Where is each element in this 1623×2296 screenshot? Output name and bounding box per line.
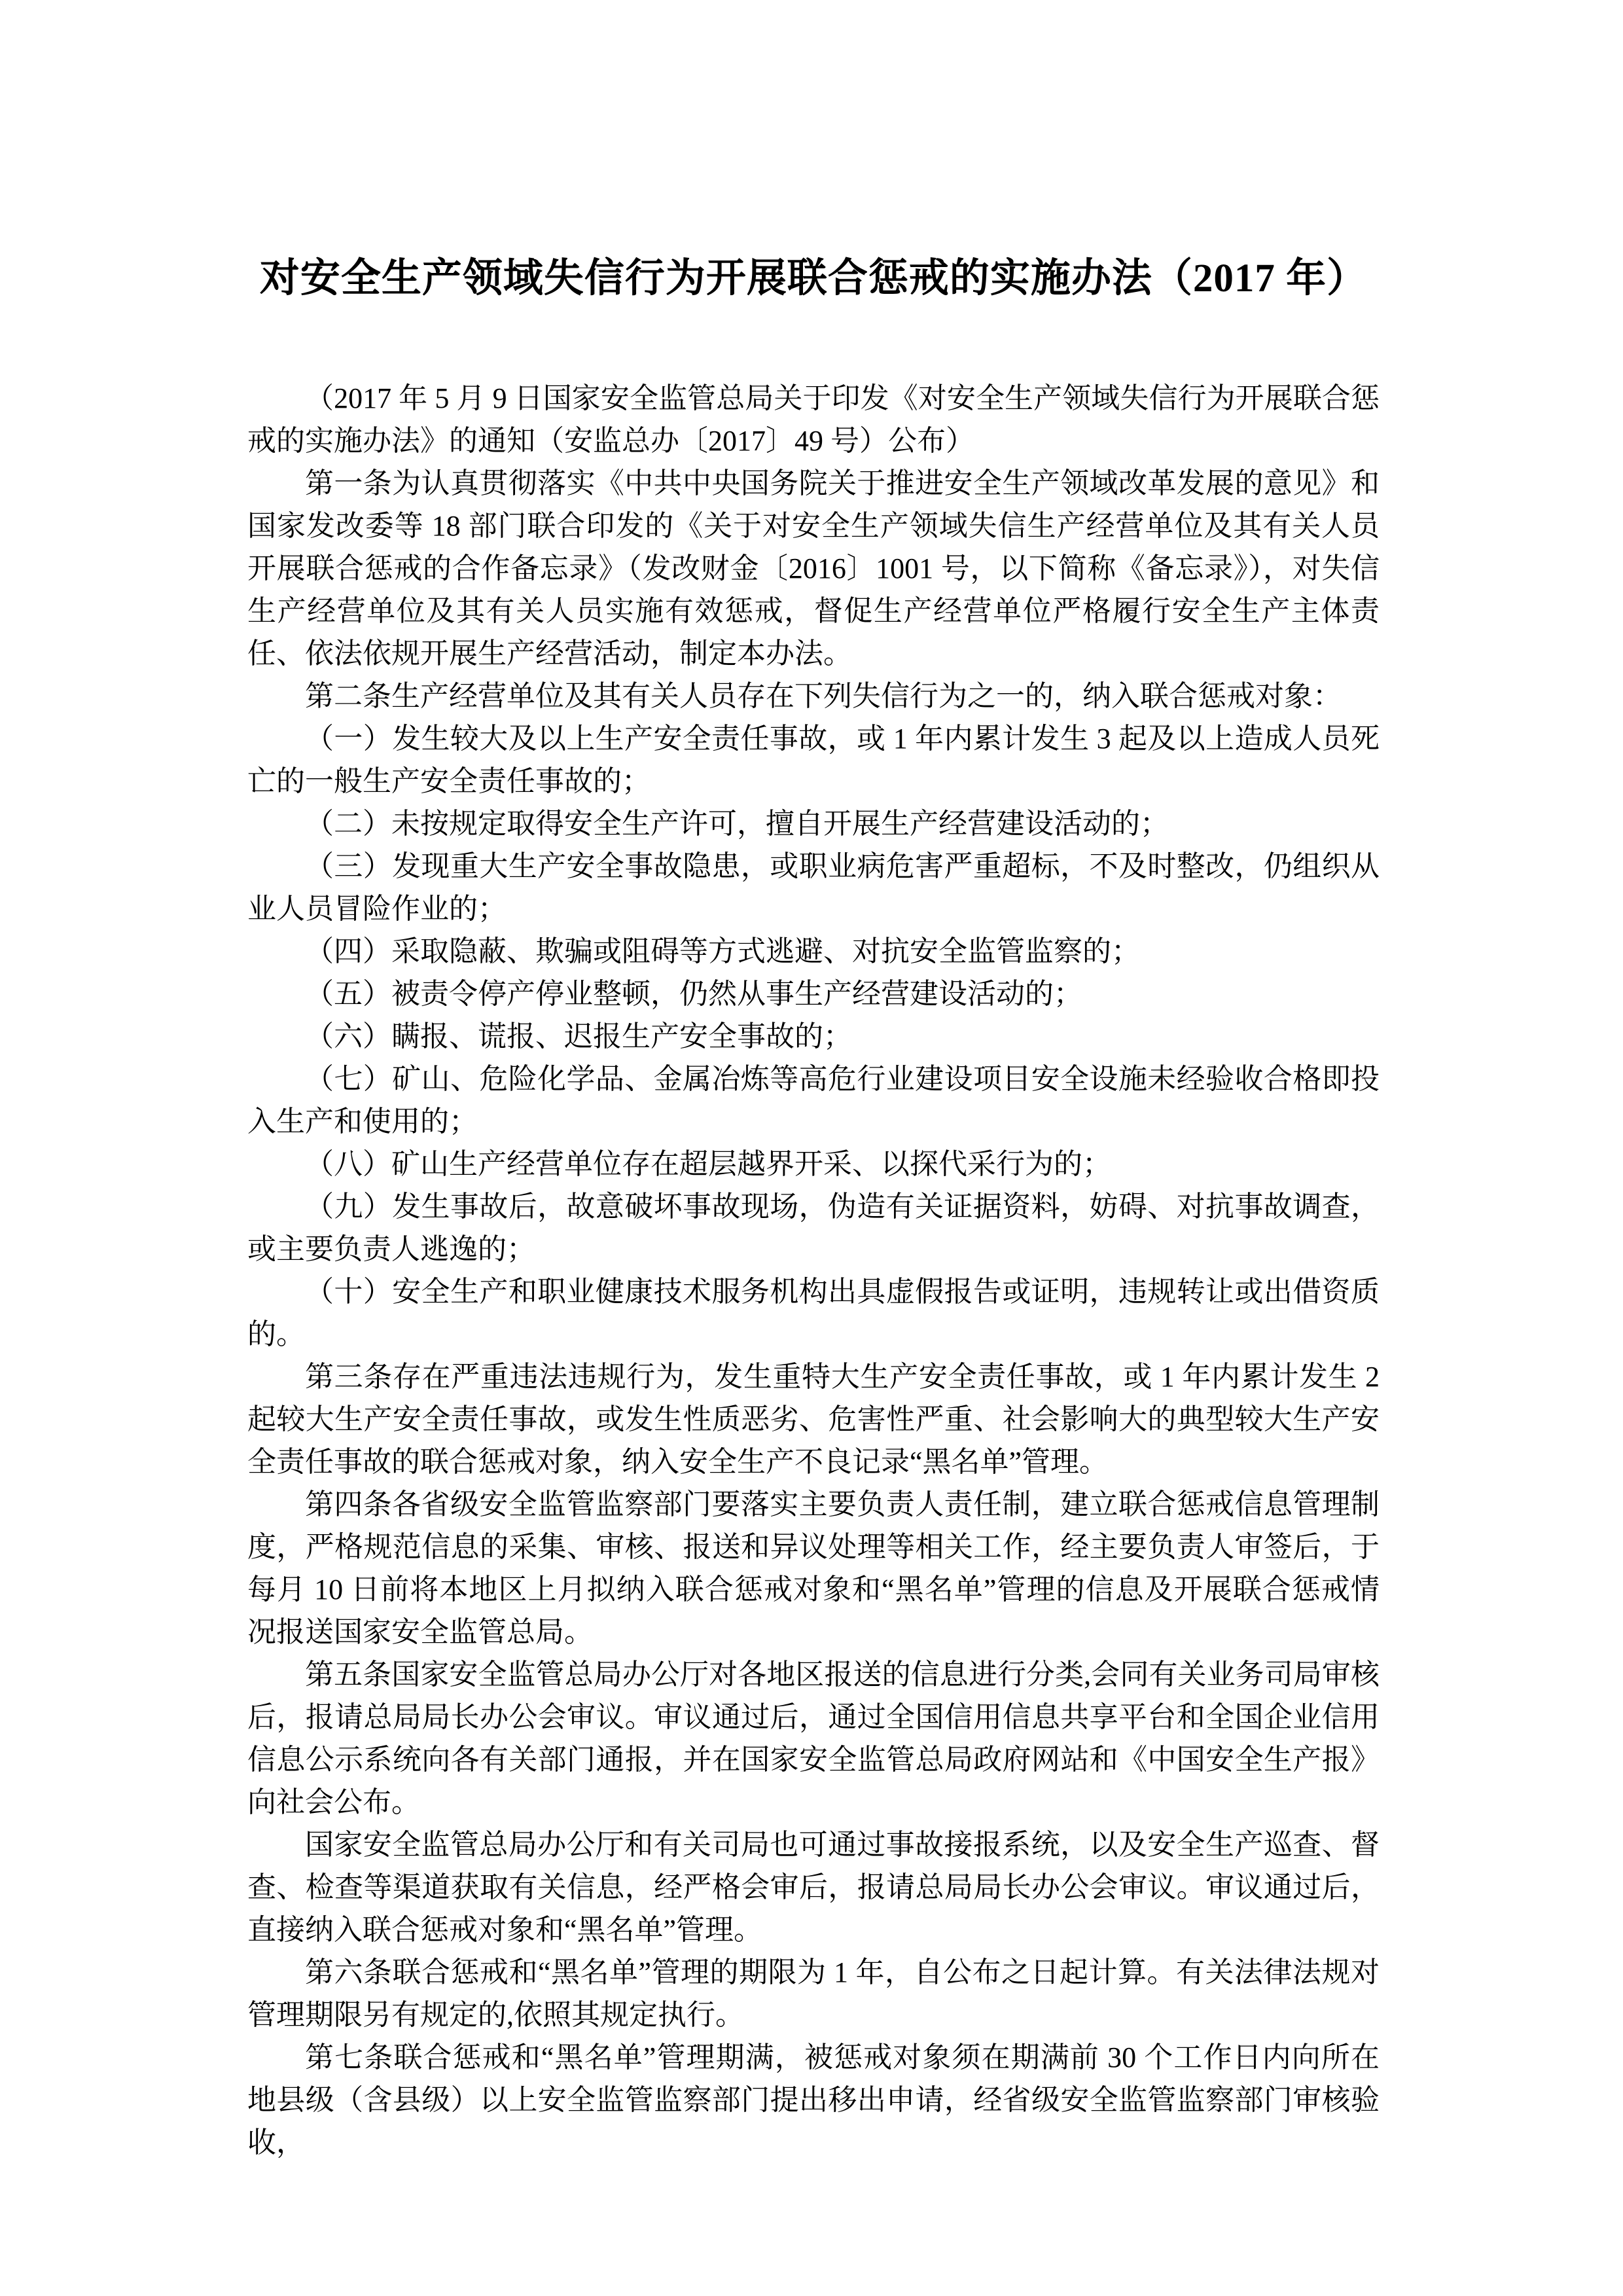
article-1-paragraph: 第一条为认真贯彻落实《中共中央国务院关于推进安全生产领域改革发展的意见》和国家发… [247,462,1380,675]
article-2-item-2: （二）未按规定取得安全生产许可，擅自开展生产经营建设活动的； [247,802,1380,845]
article-2-item-8: （八）矿山生产经营单位存在超层越界开采、以探代采行为的； [247,1143,1380,1185]
article-5-paragraph-2: 国家安全监管总局办公厅和有关司局也可通过事故接报系统，以及安全生产巡查、督查、检… [247,1823,1380,1951]
article-2-item-4: （四）采取隐蔽、欺骗或阻碍等方式逃避、对抗安全监管监察的； [247,930,1380,973]
article-5-paragraph: 第五条国家安全监管总局办公厅对各地区报送的信息进行分类,会同有关业务司局审核后，… [247,1653,1380,1823]
article-2-paragraph: 第二条生产经营单位及其有关人员存在下列失信行为之一的，纳入联合惩戒对象： [247,675,1380,717]
notice-paragraph: （2017 年 5 月 9 日国家安全监管总局关于印发《对安全生产领域失信行为开… [247,377,1380,462]
document-page: 对安全生产领域失信行为开展联合惩戒的实施办法（2017 年） （2017 年 5… [0,0,1623,2296]
article-6-paragraph: 第六条联合惩戒和“黑名单”管理的期限为 1 年，自公布之日起计算。有关法律法规对… [247,1951,1380,2036]
document-title: 对安全生产领域失信行为开展联合惩戒的实施办法（2017 年） [247,254,1380,304]
article-2-item-9: （九）发生事故后，故意破坏事故现场，伪造有关证据资料，妨碍、对抗事故调查，或主要… [247,1185,1380,1270]
article-2-item-5: （五）被责令停产停业整顿，仍然从事生产经营建设活动的； [247,973,1380,1015]
article-4-paragraph: 第四条各省级安全监管监察部门要落实主要负责人责任制，建立联合惩戒信息管理制度，严… [247,1483,1380,1653]
article-3-paragraph: 第三条存在严重违法违规行为，发生重特大生产安全责任事故，或 1 年内累计发生 2… [247,1355,1380,1483]
article-2-item-10: （十）安全生产和职业健康技术服务机构出具虚假报告或证明，违规转让或出借资质的。 [247,1270,1380,1355]
article-2-item-6: （六）瞒报、谎报、迟报生产安全事故的； [247,1015,1380,1058]
article-2-item-7: （七）矿山、危险化学品、金属冶炼等高危行业建设项目安全设施未经验收合格即投入生产… [247,1058,1380,1143]
article-2-item-1: （一）发生较大及以上生产安全责任事故，或 1 年内累计发生 3 起及以上造成人员… [247,717,1380,802]
article-2-item-3: （三）发现重大生产安全事故隐患，或职业病危害严重超标，不及时整改，仍组织从业人员… [247,845,1380,930]
article-7-paragraph: 第七条联合惩戒和“黑名单”管理期满，被惩戒对象须在期满前 30 个工作日内向所在… [247,2036,1380,2164]
